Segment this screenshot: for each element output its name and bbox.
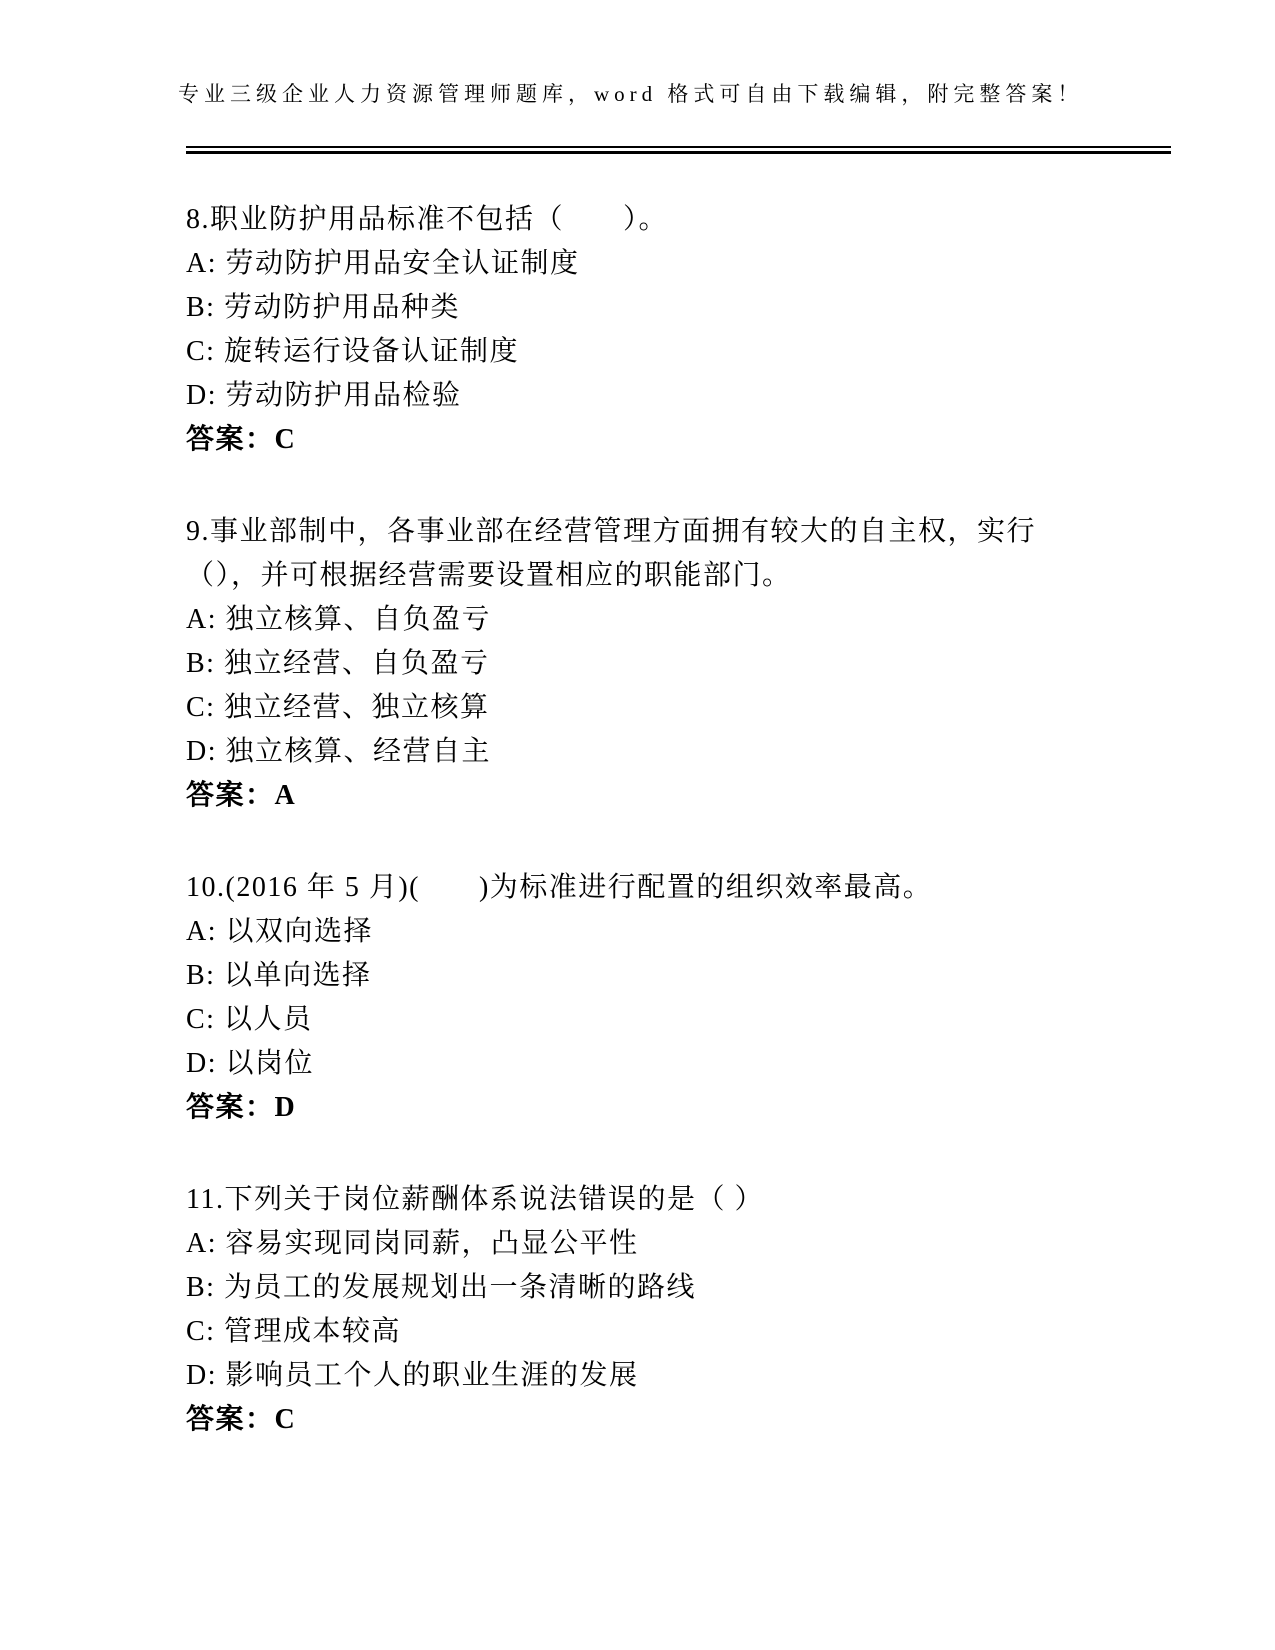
question-title: 11.下列关于岗位薪酬体系说法错误的是（ ） <box>186 1178 1098 1222</box>
answer-label: 答案： <box>186 1404 275 1435</box>
option-d: D: 以岗位 <box>186 1042 1098 1086</box>
option-a: A: 劳动防护用品安全认证制度 <box>186 242 1098 286</box>
header-divider-double-line <box>186 146 1171 154</box>
option-b: B: 为员工的发展规划出一条清晰的路线 <box>186 1266 1098 1310</box>
answer-line: 答案：C <box>186 1398 1098 1442</box>
answer-value: D <box>275 1092 297 1123</box>
option-a: A: 以双向选择 <box>186 910 1098 954</box>
header-note: 专业三级企业人力资源管理师题库，word 格式可自由下载编辑，附完整答案！ <box>178 78 1138 108</box>
option-b: B: 劳动防护用品种类 <box>186 286 1098 330</box>
questions-content: 8.职业防护用品标准不包括（ ）。 A: 劳动防护用品安全认证制度 B: 劳动防… <box>186 198 1098 1490</box>
option-b: B: 以单向选择 <box>186 954 1098 998</box>
answer-label: 答案： <box>186 1092 275 1123</box>
option-a: A: 独立核算、自负盈亏 <box>186 598 1098 642</box>
option-d: D: 影响员工个人的职业生涯的发展 <box>186 1354 1098 1398</box>
question-title: 8.职业防护用品标准不包括（ ）。 <box>186 198 1098 242</box>
answer-line: 答案：A <box>186 774 1098 818</box>
question-block-8: 8.职业防护用品标准不包括（ ）。 A: 劳动防护用品安全认证制度 B: 劳动防… <box>186 198 1098 462</box>
answer-value: C <box>275 1404 297 1435</box>
option-c: C: 旋转运行设备认证制度 <box>186 330 1098 374</box>
option-d: D: 独立核算、经营自主 <box>186 730 1098 774</box>
question-title: 9.事业部制中，各事业部在经营管理方面拥有较大的自主权，实行（），并可根据经营需… <box>186 510 1098 598</box>
answer-line: 答案：C <box>186 418 1098 462</box>
answer-value: A <box>275 780 297 811</box>
option-c: C: 独立经营、独立核算 <box>186 686 1098 730</box>
answer-label: 答案： <box>186 780 275 811</box>
option-d: D: 劳动防护用品检验 <box>186 374 1098 418</box>
option-c: C: 以人员 <box>186 998 1098 1042</box>
question-block-9: 9.事业部制中，各事业部在经营管理方面拥有较大的自主权，实行（），并可根据经营需… <box>186 510 1098 818</box>
option-a: A: 容易实现同岗同薪，凸显公平性 <box>186 1222 1098 1266</box>
answer-line: 答案：D <box>186 1086 1098 1130</box>
answer-value: C <box>275 424 297 455</box>
option-c: C: 管理成本较高 <box>186 1310 1098 1354</box>
question-block-11: 11.下列关于岗位薪酬体系说法错误的是（ ） A: 容易实现同岗同薪，凸显公平性… <box>186 1178 1098 1442</box>
question-block-10: 10.(2016 年 5 月)( )为标准进行配置的组织效率最高。 A: 以双向… <box>186 866 1098 1130</box>
question-title: 10.(2016 年 5 月)( )为标准进行配置的组织效率最高。 <box>186 866 1098 910</box>
option-b: B: 独立经营、自负盈亏 <box>186 642 1098 686</box>
document-page: 专业三级企业人力资源管理师题库，word 格式可自由下载编辑，附完整答案！ 8.… <box>0 0 1275 1650</box>
answer-label: 答案： <box>186 424 275 455</box>
